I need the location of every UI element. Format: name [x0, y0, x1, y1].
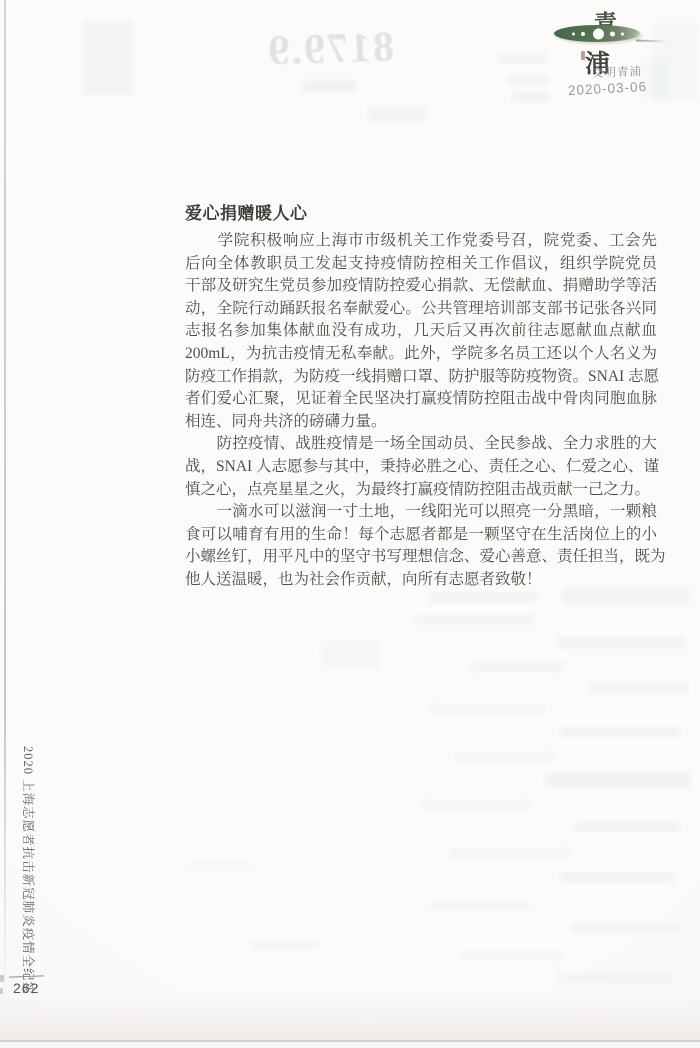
bleed-blob	[560, 726, 680, 738]
bleed-blob	[575, 820, 680, 832]
bleed-blob	[588, 682, 688, 694]
bleed-blob	[302, 80, 357, 92]
bleed-blob	[190, 860, 250, 870]
article-body: 学院积极响应上海市市级机关工作党委号召，院党委、工会先后向全体教职员工发起支持疫…	[185, 230, 657, 592]
bleed-blob	[368, 106, 426, 122]
text-line: 动，全院行动踊跃报名奉献爱心。公共管理培训部支部书记张各兴同	[185, 298, 657, 321]
bleed-blob	[470, 660, 565, 672]
bleed-blob	[512, 92, 550, 102]
article-title: 爱心捐赠暖人心	[185, 203, 657, 230]
bleed-blob	[430, 900, 530, 910]
logo-dot	[621, 32, 624, 35]
text-line: 一滴水可以滋润一寸土地，一线阳光可以照亮一分黑暗，一颗粮	[185, 501, 657, 524]
bleed-blob	[250, 940, 320, 950]
bleed-blob	[570, 922, 680, 934]
brand-name: 文明青浦	[592, 63, 643, 81]
text-line: 学院积极响应上海市市级机关工作党委号召，院党委、工会先	[185, 230, 657, 253]
text-line: 干部及研究生党员参加疫情防控爱心捐款、无偿献血、捐赠助学等活	[185, 275, 657, 298]
bleed-blob	[455, 752, 555, 763]
text-line: 防疫工作捐款，为防疫一线捐赠口罩、防护服等防疫物资。SNAI 志愿	[185, 366, 657, 389]
text-line: 战，SNAI 人志愿参与其中，秉持必胜之心、责任之心、仁爱之心、谨	[185, 456, 657, 479]
bleed-blob	[428, 592, 538, 604]
bleedthrough-number: 8179.9	[237, 23, 395, 76]
page-below-edge	[0, 1042, 700, 1048]
bleed-blob	[460, 950, 565, 960]
book-title-vertical: 2020 上海志愿者抗击新冠肺炎疫情全纪实	[20, 746, 38, 968]
text-line: 200mL，为抗击疫情无私奉献。此外，学院多名员工还以个人名义为	[185, 343, 657, 366]
logo-dot	[572, 32, 575, 35]
bleed-blob	[420, 800, 530, 811]
text-line: 者们爱心汇聚，见证着全民坚决打赢疫情防控阻击战中骨肉同胞血脉	[185, 388, 657, 411]
bleed-blob	[560, 872, 675, 884]
logo-ellipse-icon	[554, 25, 640, 42]
bleed-blob	[556, 972, 671, 983]
text-line: 慎之心，点亮星星之火，为最终打赢疫情防控阻击战贡献一己之力。	[185, 479, 657, 502]
logo-dot	[581, 32, 585, 36]
logo-dot	[593, 28, 604, 39]
bleed-blob	[545, 772, 690, 788]
scanned-book-page: 8179.9 青 浦 文明青浦 2020-03-06 爱心捐赠暖人心 学院积极响…	[0, 0, 700, 1048]
logo-dot	[610, 31, 615, 36]
article: 爱心捐赠暖人心 学院积极响应上海市市级机关工作党委号召，院党委、工会先后向全体教…	[185, 203, 657, 592]
text-line: 志报名参加集体献血没有成功，几天后又再次前往志愿献血点献血	[185, 320, 657, 343]
bleed-blob	[652, 22, 698, 102]
text-line: 食可以哺育有用的生命！每个志愿者都是一颗坚守在生活岗位上的小	[185, 524, 657, 547]
text-line: 他人送温暖，也为社会作贡献，向所有志愿者致敬！	[185, 569, 657, 592]
bleed-blob	[556, 636, 686, 649]
bleed-blob	[320, 640, 380, 670]
bleed-blob	[450, 848, 570, 859]
bleed-blob	[415, 614, 535, 625]
publish-date: 2020-03-06	[568, 79, 648, 98]
bleed-blob	[508, 76, 548, 85]
text-line: 小螺丝钉，用平凡中的坚守书写理想信念、爱心善意、责任担当，既为	[185, 546, 657, 569]
bleed-blob	[82, 20, 134, 95]
text-line: 防控疫情、战胜疫情是一场全国动员、全民参战、全力求胜的大	[185, 433, 657, 456]
bleed-blob	[498, 52, 548, 64]
bleed-blob	[430, 704, 545, 715]
text-line: 后向全体教职员工发起支持疫情防控相关工作倡议，组织学院党员	[185, 253, 657, 276]
page-bottom-shade	[0, 992, 700, 1041]
text-line: 相连、同舟共济的磅礴力量。	[185, 411, 657, 434]
page-edge-left	[4, 0, 6, 1010]
